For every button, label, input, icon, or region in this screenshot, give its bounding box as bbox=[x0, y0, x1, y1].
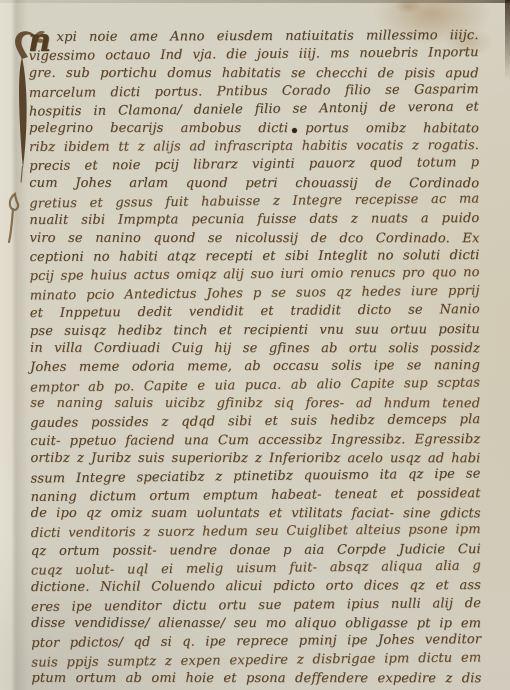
manuscript-text-line: vigessimo octauo Ind vja. die jouis iiij… bbox=[29, 44, 479, 66]
ink-blot bbox=[292, 128, 297, 133]
manuscript-text-line: ptum ortum ab omi hoie et psona deffende… bbox=[31, 670, 481, 689]
manuscript-text-line: in villa Cordiuadi Cuig hij se gfines ab… bbox=[30, 340, 480, 359]
manuscript-text-line: dictione. Nichil Coluendo alicui pdicto … bbox=[31, 577, 481, 597]
manuscript-text-line: nualit sibi Impmpta pecunia fuisse dats … bbox=[29, 210, 479, 230]
page-top-edge bbox=[0, 0, 510, 3]
manuscript-photo: n xpi noie ame Anno eiusdem natiuitatis … bbox=[0, 0, 510, 690]
manuscript-text-line: pelegrino becarijs ambobus dicti portus … bbox=[29, 120, 479, 139]
manuscript-text-line: naning dictum ortum emptum habeat- tenea… bbox=[31, 485, 481, 507]
manuscript-text-line: gre. sub portichu domus habitatis se che… bbox=[29, 64, 479, 83]
manuscript-text-line: precis et noie pcij librarz viginti pauo… bbox=[29, 154, 479, 176]
manuscript-text-line: eres ipe uenditor dictu ortu sue patem i… bbox=[31, 595, 481, 617]
manuscript-text-line: hospitis in Clamona/ daniele filio se An… bbox=[29, 99, 479, 122]
parchment-page: n xpi noie ame Anno eiusdem natiuitatis … bbox=[0, 0, 510, 690]
manuscript-text-line: cuit- ppetuo faciend una Cum accessibz I… bbox=[30, 431, 480, 451]
page-edge-shadow bbox=[505, 0, 510, 80]
manuscript-text-line: viro se nanino quond se nicolussij de dc… bbox=[29, 230, 479, 249]
manuscript-text-line: se naning saluis uicibz gfinibz siq fore… bbox=[30, 395, 480, 414]
manuscript-text-line: pse suisqz hedibz tinch et recipienti vn… bbox=[30, 321, 480, 341]
manuscript-text-block: xpi noie ame Anno eiusdem natiuitatis mi… bbox=[29, 27, 482, 689]
